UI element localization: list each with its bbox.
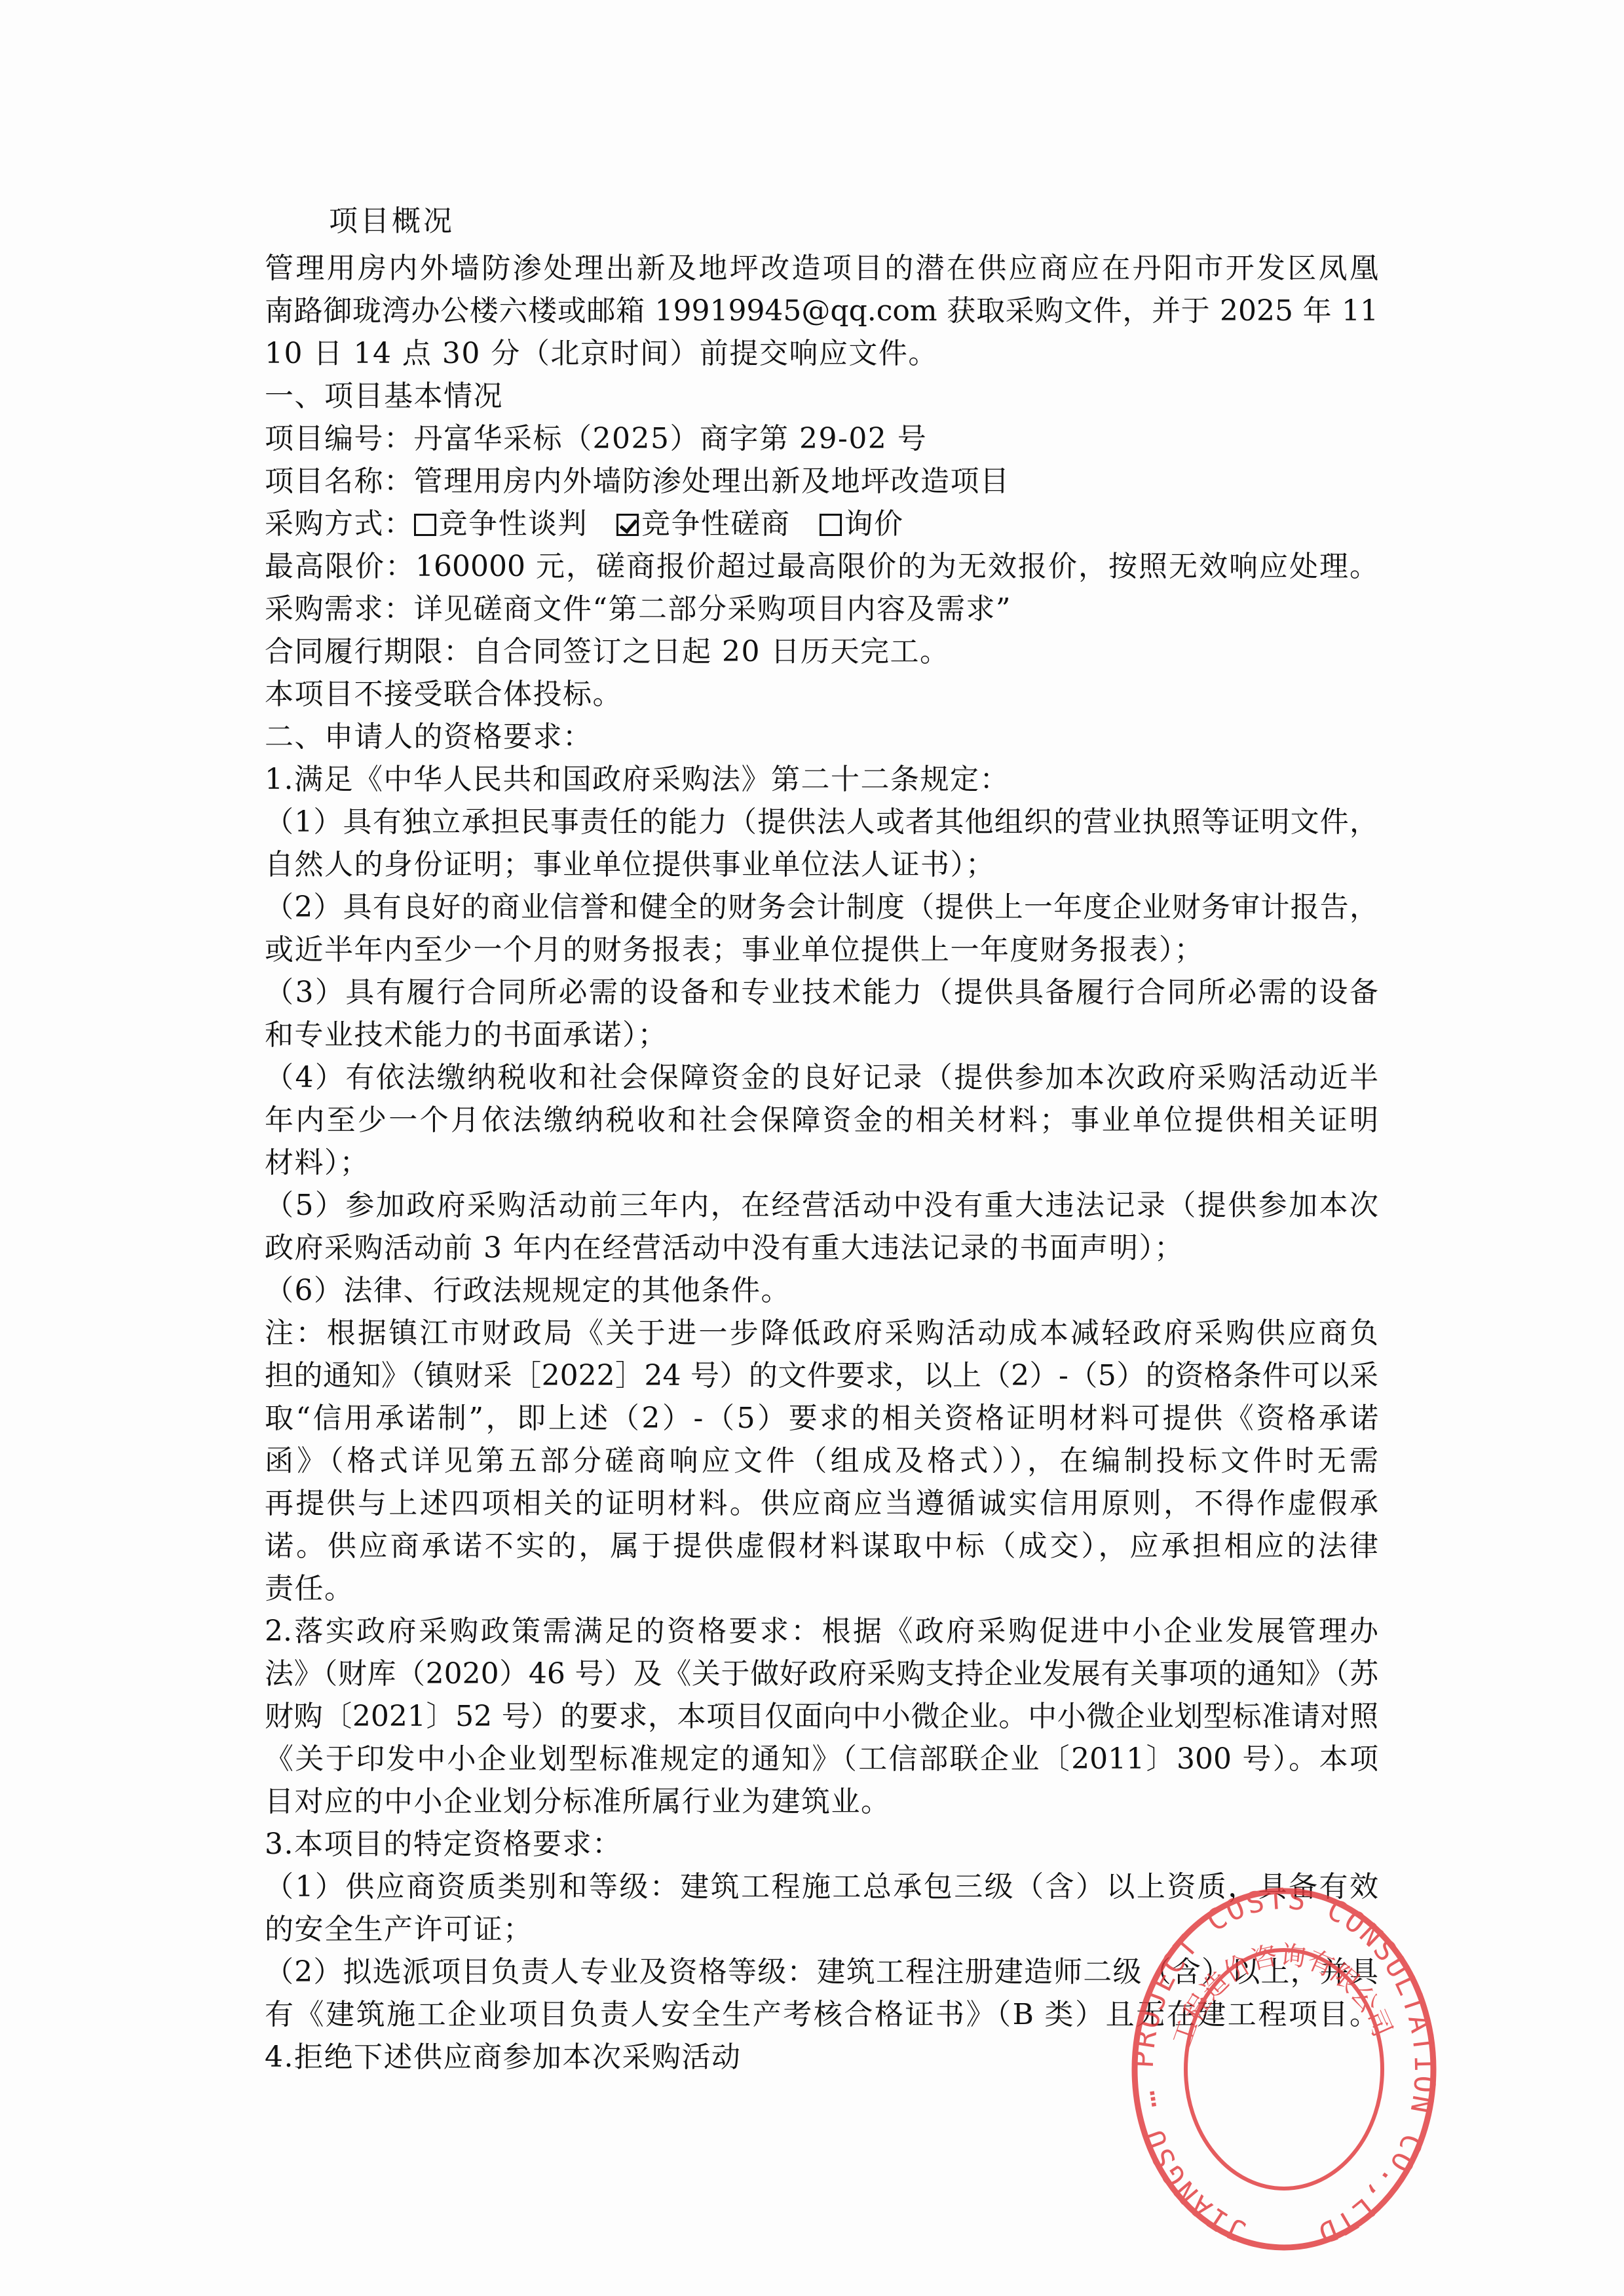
- intro-line: 管理用房内外墙防渗处理出新及地坪改造项目的潜在供应商应在丹阳市开发区凤凰: [265, 247, 1378, 290]
- intro-line: 南路御珑湾办公楼六楼或邮箱 19919945@qq.com 获取采购文件，并于 …: [265, 290, 1378, 332]
- requirement-2-line: 《关于印发中小企业划型标准规定的通知》（工信部联企业〔2011〕300 号）。本…: [265, 1738, 1378, 1780]
- requirement-2-line: 目对应的中小企业划分标准所属行业为建筑业。: [265, 1780, 1378, 1823]
- requirement-item: 有《建筑施工企业项目负责人安全生产考核合格证书》（B 类）且无在建工程项目。: [265, 1993, 1378, 2036]
- method-option-inquiry: 询价: [820, 503, 904, 545]
- requirement-2-line: 财购〔2021〕52 号）的要求，本项目仅面向中小微企业。中小微企业划型标准请对…: [265, 1695, 1378, 1738]
- requirement-item: （1）具有独立承担民事责任的能力（提供法人或者其他组织的营业执照等证明文件，: [265, 801, 1378, 843]
- section-title: 二、申请人的资格要求：: [265, 716, 1378, 758]
- no-consortium: 本项目不接受联合体投标。: [265, 673, 1378, 716]
- checkbox-checked-icon: [616, 514, 639, 536]
- requirement-item: 的安全生产许可证；: [265, 1908, 1378, 1951]
- method-label: 竞争性磋商: [641, 507, 791, 541]
- requirement-2-line: 法》（财库（2020）46 号）及《关于做好政府采购支持企业发展有关事项的通知》…: [265, 1653, 1378, 1695]
- document-body: 管理用房内外墙防渗处理出新及地坪改造项目的潜在供应商应在丹阳市开发区凤凰 南路御…: [265, 247, 1378, 2078]
- checkbox-unchecked-icon: [820, 514, 842, 536]
- procurement-method-row: 采购方式：竞争性谈判竞争性磋商询价: [265, 503, 1378, 545]
- project-name: 项目名称：管理用房内外墙防渗处理出新及地坪改造项目: [265, 460, 1378, 503]
- requirement-item: （2）具有良好的商业信誉和健全的财务会计制度（提供上一年度企业财务审计报告，: [265, 886, 1378, 928]
- requirement-item: 政府采购活动前 3 年内在经营活动中没有重大违法记录的书面声明）；: [265, 1227, 1378, 1269]
- requirement-2-line: 2.落实政府采购政策需满足的资格要求：根据《政府采购促进中小企业发展管理办: [265, 1610, 1378, 1653]
- procurement-requirements: 采购需求：详见磋商文件“第二部分采购项目内容及需求”: [265, 588, 1378, 630]
- document-page: 项目概况 管理用房内外墙防渗处理出新及地坪改造项目的潜在供应商应在丹阳市开发区凤…: [0, 0, 1624, 2296]
- section-title: 一、项目基本情况: [265, 375, 1378, 417]
- contract-period: 合同履行期限：自合同签订之日起 20 日历天完工。: [265, 630, 1378, 673]
- method-label: 询价: [844, 507, 904, 541]
- project-number: 项目编号：丹富华采标（2025）商字第 29-02 号: [265, 417, 1378, 460]
- page-heading: 项目概况: [329, 201, 455, 242]
- requirement-item: 材料）；: [265, 1141, 1378, 1184]
- note-line: 注：根据镇江市财政局《关于进一步降低政府采购活动成本减轻政府采购供应商负: [265, 1312, 1378, 1354]
- note-line: 取“信用承诺制”，即上述（2）-（5）要求的相关资格证明材料可提供《资格承诺: [265, 1397, 1378, 1440]
- procurement-method-label: 采购方式：: [265, 507, 414, 541]
- requirement-item: （4）有依法缴纳税收和社会保障资金的良好记录（提供参加本次政府采购活动近半: [265, 1056, 1378, 1099]
- requirement-item: 年内至少一个月依法缴纳税收和社会保障资金的相关材料；事业单位提供相关证明: [265, 1099, 1378, 1141]
- requirement-item: （5）参加政府采购活动前三年内，在经营活动中没有重大违法记录（提供参加本次: [265, 1184, 1378, 1227]
- method-option-consultation: 竞争性磋商: [616, 503, 791, 545]
- requirement-item: 自然人的身份证明；事业单位提供事业单位法人证书）；: [265, 843, 1378, 886]
- requirement-item: （1）供应商资质类别和等级：建筑工程施工总承包三级（含）以上资质，具备有效: [265, 1865, 1378, 1908]
- requirement-item: 和专业技术能力的书面承诺）；: [265, 1014, 1378, 1056]
- requirement-item: （3）具有履行合同所必需的设备和专业技术能力（提供具备履行合同所必需的设备: [265, 971, 1378, 1014]
- note-line: 责任。: [265, 1567, 1378, 1610]
- requirement-item: 或近半年内至少一个月的财务报表；事业单位提供上一年度财务报表）；: [265, 928, 1378, 971]
- requirement-3-title: 3.本项目的特定资格要求：: [265, 1823, 1378, 1865]
- note-line: 担的通知》（镇财采［2022］24 号）的文件要求，以上（2）-（5）的资格条件…: [265, 1354, 1378, 1397]
- note-line: 诺。供应商承诺不实的，属于提供虚假材料谋取中标（成交），应承担相应的法律: [265, 1525, 1378, 1567]
- intro-line: 10 日 14 点 30 分（北京时间）前提交响应文件。: [265, 332, 1378, 375]
- requirement-item: （2）拟选派项目负责人专业及资格等级：建筑工程注册建造师二级（含）以上，并具: [265, 1951, 1378, 1993]
- requirement-4-title: 4.拒绝下述供应商参加本次采购活动: [265, 2036, 1378, 2078]
- method-label: 竞争性谈判: [439, 507, 588, 541]
- max-price: 最高限价：160000 元，磋商报价超过最高限价的为无效报价，按照无效响应处理。: [265, 545, 1378, 588]
- note-line: 再提供与上述四项相关的证明材料。供应商应当遵循诚实信用原则，不得作虚假承: [265, 1482, 1378, 1525]
- method-option-negotiation: 竞争性谈判: [414, 503, 588, 545]
- note-line: 函》（格式详见第五部分磋商响应文件（组成及格式）），在编制投标文件时无需: [265, 1440, 1378, 1482]
- checkbox-unchecked-icon: [414, 514, 436, 536]
- requirement-1-title: 1.满足《中华人民共和国政府采购法》第二十二条规定：: [265, 758, 1378, 801]
- requirement-item: （6）法律、行政法规规定的其他条件。: [265, 1269, 1378, 1312]
